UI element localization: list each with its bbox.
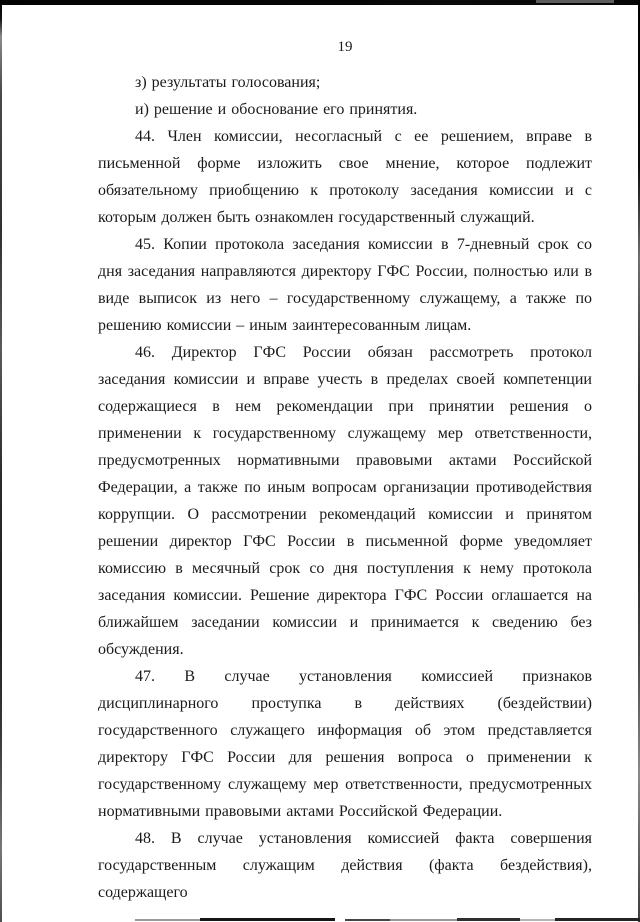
paragraph-item-i: и) решение и обоснование его принятия. [98,96,592,123]
paragraph-44: 44. Член комиссии, несогласный с ее реше… [98,123,592,231]
paragraph-47: 47. В случае установления комиссией приз… [98,663,592,825]
page-number: 19 [98,0,592,56]
scan-artifact [457,918,520,921]
scan-artifact [135,919,200,921]
scan-edge-left [0,0,2,922]
paragraph-item-z: з) результаты голосования; [98,69,592,96]
scan-artifact [200,918,335,921]
paragraph-46: 46. Директор ГФС России обязан рассмотре… [98,339,592,663]
scanned-document-page: 19 з) результаты голосования; и) решение… [0,0,640,922]
page-content: 19 з) результаты голосования; и) решение… [98,0,592,906]
scan-artifact [555,918,640,921]
scan-edge-bottom [0,916,640,922]
paragraph-48: 48. В случае установления комиссией факт… [98,825,592,906]
paragraph-45: 45. Копии протокола заседания комиссии в… [98,231,592,339]
scan-artifact [390,919,457,921]
scan-artifact [345,919,390,921]
scan-artifact [520,919,555,921]
